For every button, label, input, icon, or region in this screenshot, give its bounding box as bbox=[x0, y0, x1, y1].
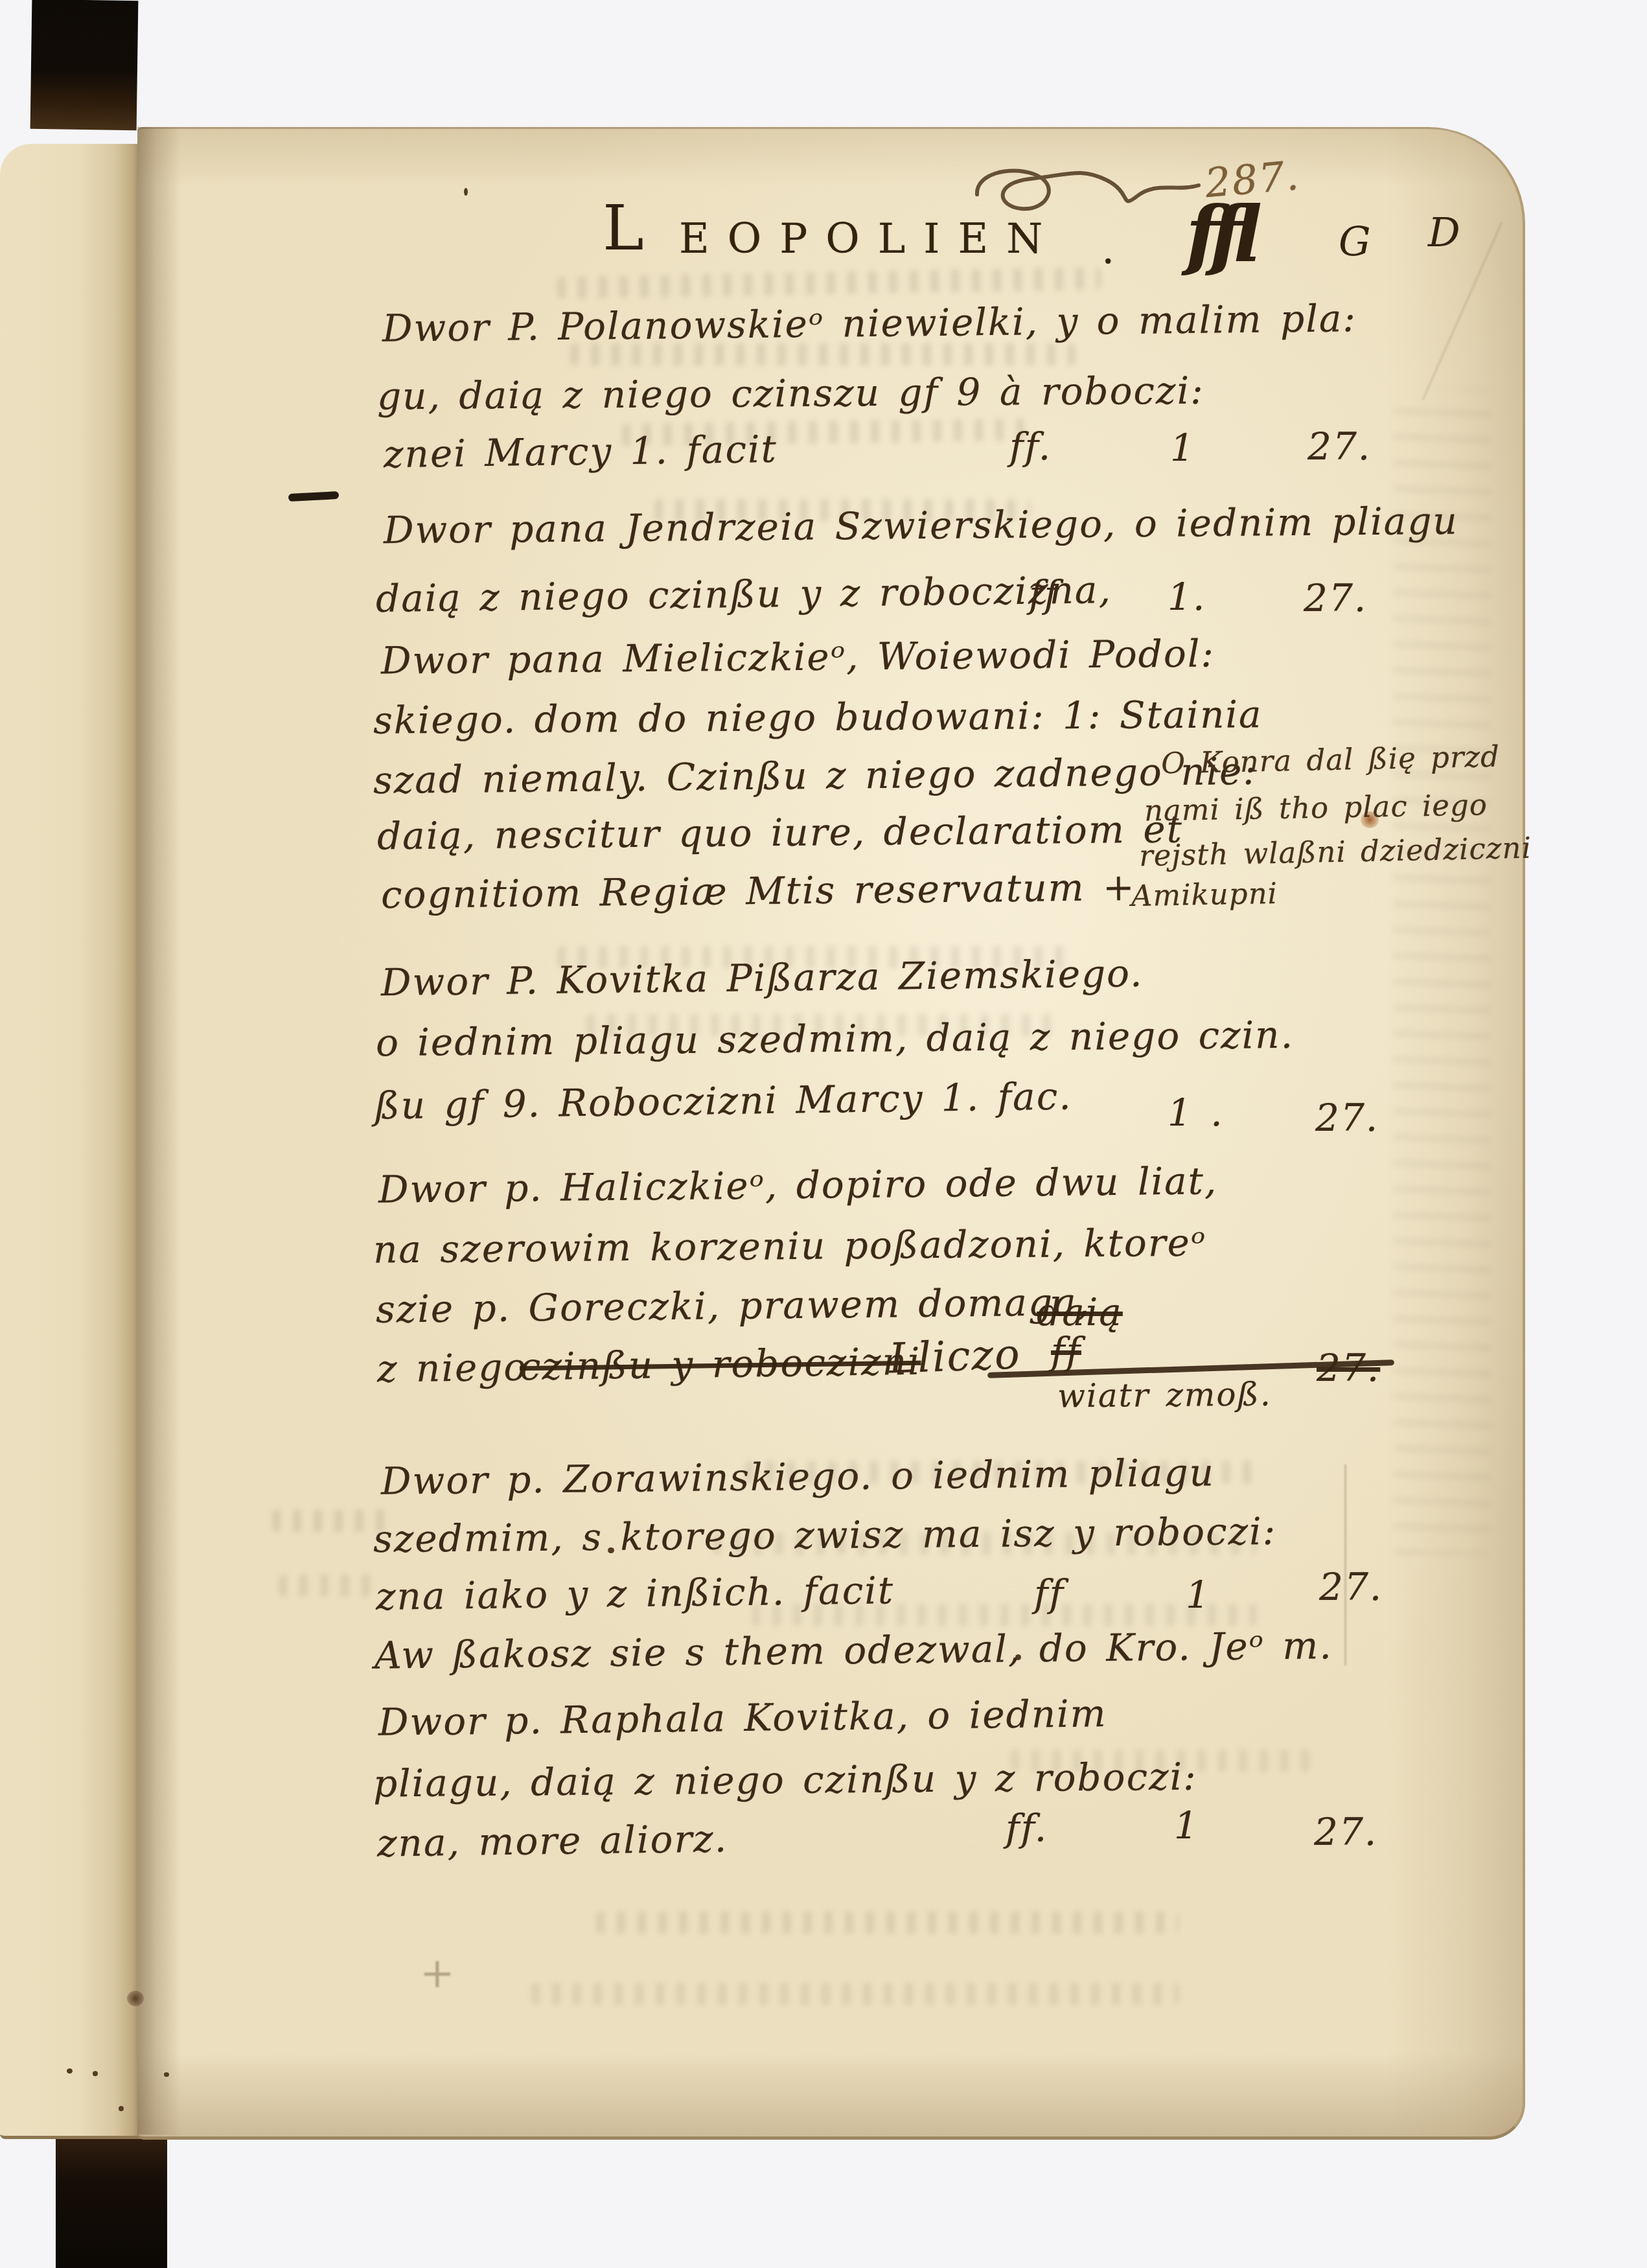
page-title-initial: L bbox=[603, 192, 644, 264]
ink-speck bbox=[119, 2106, 124, 2111]
entry-line: daią, nescitur quo iure, declaratiom et bbox=[377, 811, 1183, 855]
amount-value: 27. bbox=[1315, 1099, 1379, 1137]
amount-value: 27. bbox=[1314, 1813, 1377, 1851]
strikethrough-text: daią bbox=[1037, 1293, 1123, 1331]
entry-line: szad niemaly. Czinßu z niego zadnego nie… bbox=[373, 752, 1258, 799]
entry-line: zna, more aliorz. bbox=[377, 1820, 728, 1862]
page-gutter-shadow bbox=[137, 127, 179, 2135]
title-monogram: ffl bbox=[1186, 189, 1253, 279]
entry-line: Dwor p. Raphala Kovitka, o iednim bbox=[378, 1695, 1107, 1741]
amount-one: 1 bbox=[1186, 1576, 1211, 1614]
bleedthrough-ghost-text bbox=[279, 1575, 382, 1597]
entry-line: szedmim, s ktorego zwisz ma isz y robocz… bbox=[373, 1512, 1277, 1558]
marginal-note-line: nami iß tho plac iego bbox=[1144, 790, 1488, 825]
amount-one: 1 bbox=[1174, 1807, 1199, 1844]
bleedthrough-ghost-text bbox=[1393, 389, 1490, 1555]
amount-one: 1 bbox=[1170, 429, 1195, 467]
entry-line: cognitiom Regiæ Mtis reservatum + bbox=[381, 868, 1136, 914]
amount-unit: ff bbox=[1034, 1575, 1065, 1612]
entry-line: ßu gf 9. Roboczizni Marcy 1. fac. bbox=[374, 1077, 1072, 1124]
entry-line: z niego bbox=[377, 1348, 528, 1387]
entry-line: Dwor pana Mieliczkieᵒ, Woiewodi Podol: bbox=[381, 634, 1215, 679]
entry-line: Dwor p. Zorawinskiego. o iednim pliagu bbox=[381, 1453, 1215, 1499]
title-separator: . bbox=[1101, 226, 1133, 273]
amount-unit: ff. bbox=[1009, 428, 1052, 465]
bleedthrough-ghost-text bbox=[596, 1912, 1179, 1934]
entry-line: zna iako y z inßich. facit bbox=[376, 1571, 895, 1615]
entry-line: Dwor P. Kovitka Pißarza Ziemskiego. bbox=[381, 955, 1144, 1001]
ink-speck bbox=[464, 188, 468, 196]
entry-line: Aw ßakosz sie s them odezwal, do Kro. Je… bbox=[374, 1626, 1333, 1674]
bleedthrough-ghost-text bbox=[531, 1983, 1179, 2005]
book-strap-top bbox=[30, 0, 139, 130]
entry-line: na szerowim korzeniu poßadzoni, ktoreᵒ bbox=[373, 1223, 1207, 1268]
marginal-note-line: rejsth wlaßni dziedziczni bbox=[1139, 833, 1532, 871]
entry-line: pliagu, daią z niego czinßu y z roboczi: bbox=[373, 1757, 1197, 1802]
stain bbox=[127, 1991, 144, 2006]
book-strap-bottom bbox=[56, 2133, 167, 2268]
amount-unit: ff bbox=[1029, 575, 1059, 613]
amount-one: 1. bbox=[1168, 578, 1206, 616]
facing-page-edge bbox=[0, 144, 143, 2139]
entry-line: Dwor pana Jendrzeia Szwierskiego, o iedn… bbox=[384, 502, 1458, 549]
page-title: EOPOLIEN bbox=[679, 215, 1061, 263]
entry-line: szie p. Goreczki, prawem domaga, bbox=[376, 1283, 1091, 1328]
entry-line: Dwor P. Polanowskieᵒ niewielki, y o mali… bbox=[382, 299, 1357, 347]
entry-line: skiego. dom do niego budowani: 1: Staini… bbox=[373, 695, 1263, 739]
ink-speck bbox=[93, 2071, 98, 2076]
strikethrough-text: 27. bbox=[1317, 1349, 1380, 1387]
title-letter-g: G bbox=[1339, 218, 1371, 265]
amount-unit: ff. bbox=[1006, 1809, 1048, 1847]
entry-line: znei Marcy 1. facit bbox=[384, 430, 778, 473]
manuscript-scan: 287. L EOPOLIEN . ffl G D Dwor P. Polano… bbox=[0, 0, 1647, 2268]
entry-line: daią z niego czinßu y z roboczizna, bbox=[376, 571, 1112, 618]
amount-one: 1 . bbox=[1168, 1094, 1224, 1131]
marginal-note-line: Amikupni bbox=[1131, 879, 1278, 910]
marginal-note-line: O Konra dal ßię przd bbox=[1161, 742, 1501, 778]
strikethrough-text: czinßu y roboczizni bbox=[520, 1343, 921, 1386]
amount-value: 27. bbox=[1307, 428, 1371, 465]
title-letter-d: D bbox=[1428, 209, 1460, 256]
ink-speck bbox=[164, 2072, 169, 2077]
amount-value: 27. bbox=[1304, 579, 1367, 617]
amount-value: 27. bbox=[1319, 1568, 1383, 1606]
ink-speck bbox=[67, 2068, 73, 2074]
entry-line: Dwor p. Haliczkieᵒ, dopiro ode dwu liat, bbox=[378, 1162, 1218, 1209]
strikethrough-text: ff bbox=[1051, 1332, 1081, 1370]
entry-line: gu, daią z niego czinszu gf 9 à roboczi: bbox=[377, 372, 1204, 415]
entry-line: o iednim pliagu szedmim, daią z niego cz… bbox=[376, 1016, 1294, 1061]
inserted-correction: wiatr zmoß. bbox=[1057, 1378, 1272, 1413]
footnote-cross: + bbox=[420, 1949, 455, 1997]
